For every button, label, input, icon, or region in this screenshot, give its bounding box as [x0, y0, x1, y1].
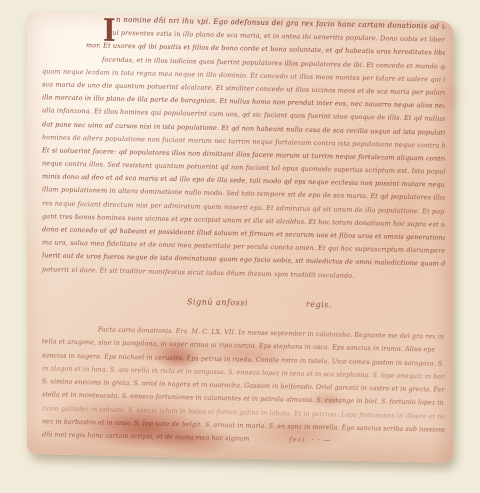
parchment: I n nomine dñi nri ihu xpi. Ego adefonsu…: [27, 12, 453, 463]
main-text-block: n nomine dñi nri ihu xpi. Ego adefonsus …: [42, 12, 445, 297]
scribal-subscription: dñi mei regis hanc cartam scripsi, et de…: [42, 430, 249, 442]
scribal-sign: feci. · · —: [289, 435, 331, 444]
signum-line: Signū anfossiregis.: [187, 295, 332, 311]
signum-regis-label: regis.: [306, 300, 332, 310]
dating-clause-block: Facta carta donationis. Era .M. C. LX. V…: [42, 322, 445, 437]
signum-king-label: Signū anfossi: [187, 297, 248, 307]
photo-frame: I n nomine dñi nri ihu xpi. Ego adefonsu…: [0, 0, 480, 493]
